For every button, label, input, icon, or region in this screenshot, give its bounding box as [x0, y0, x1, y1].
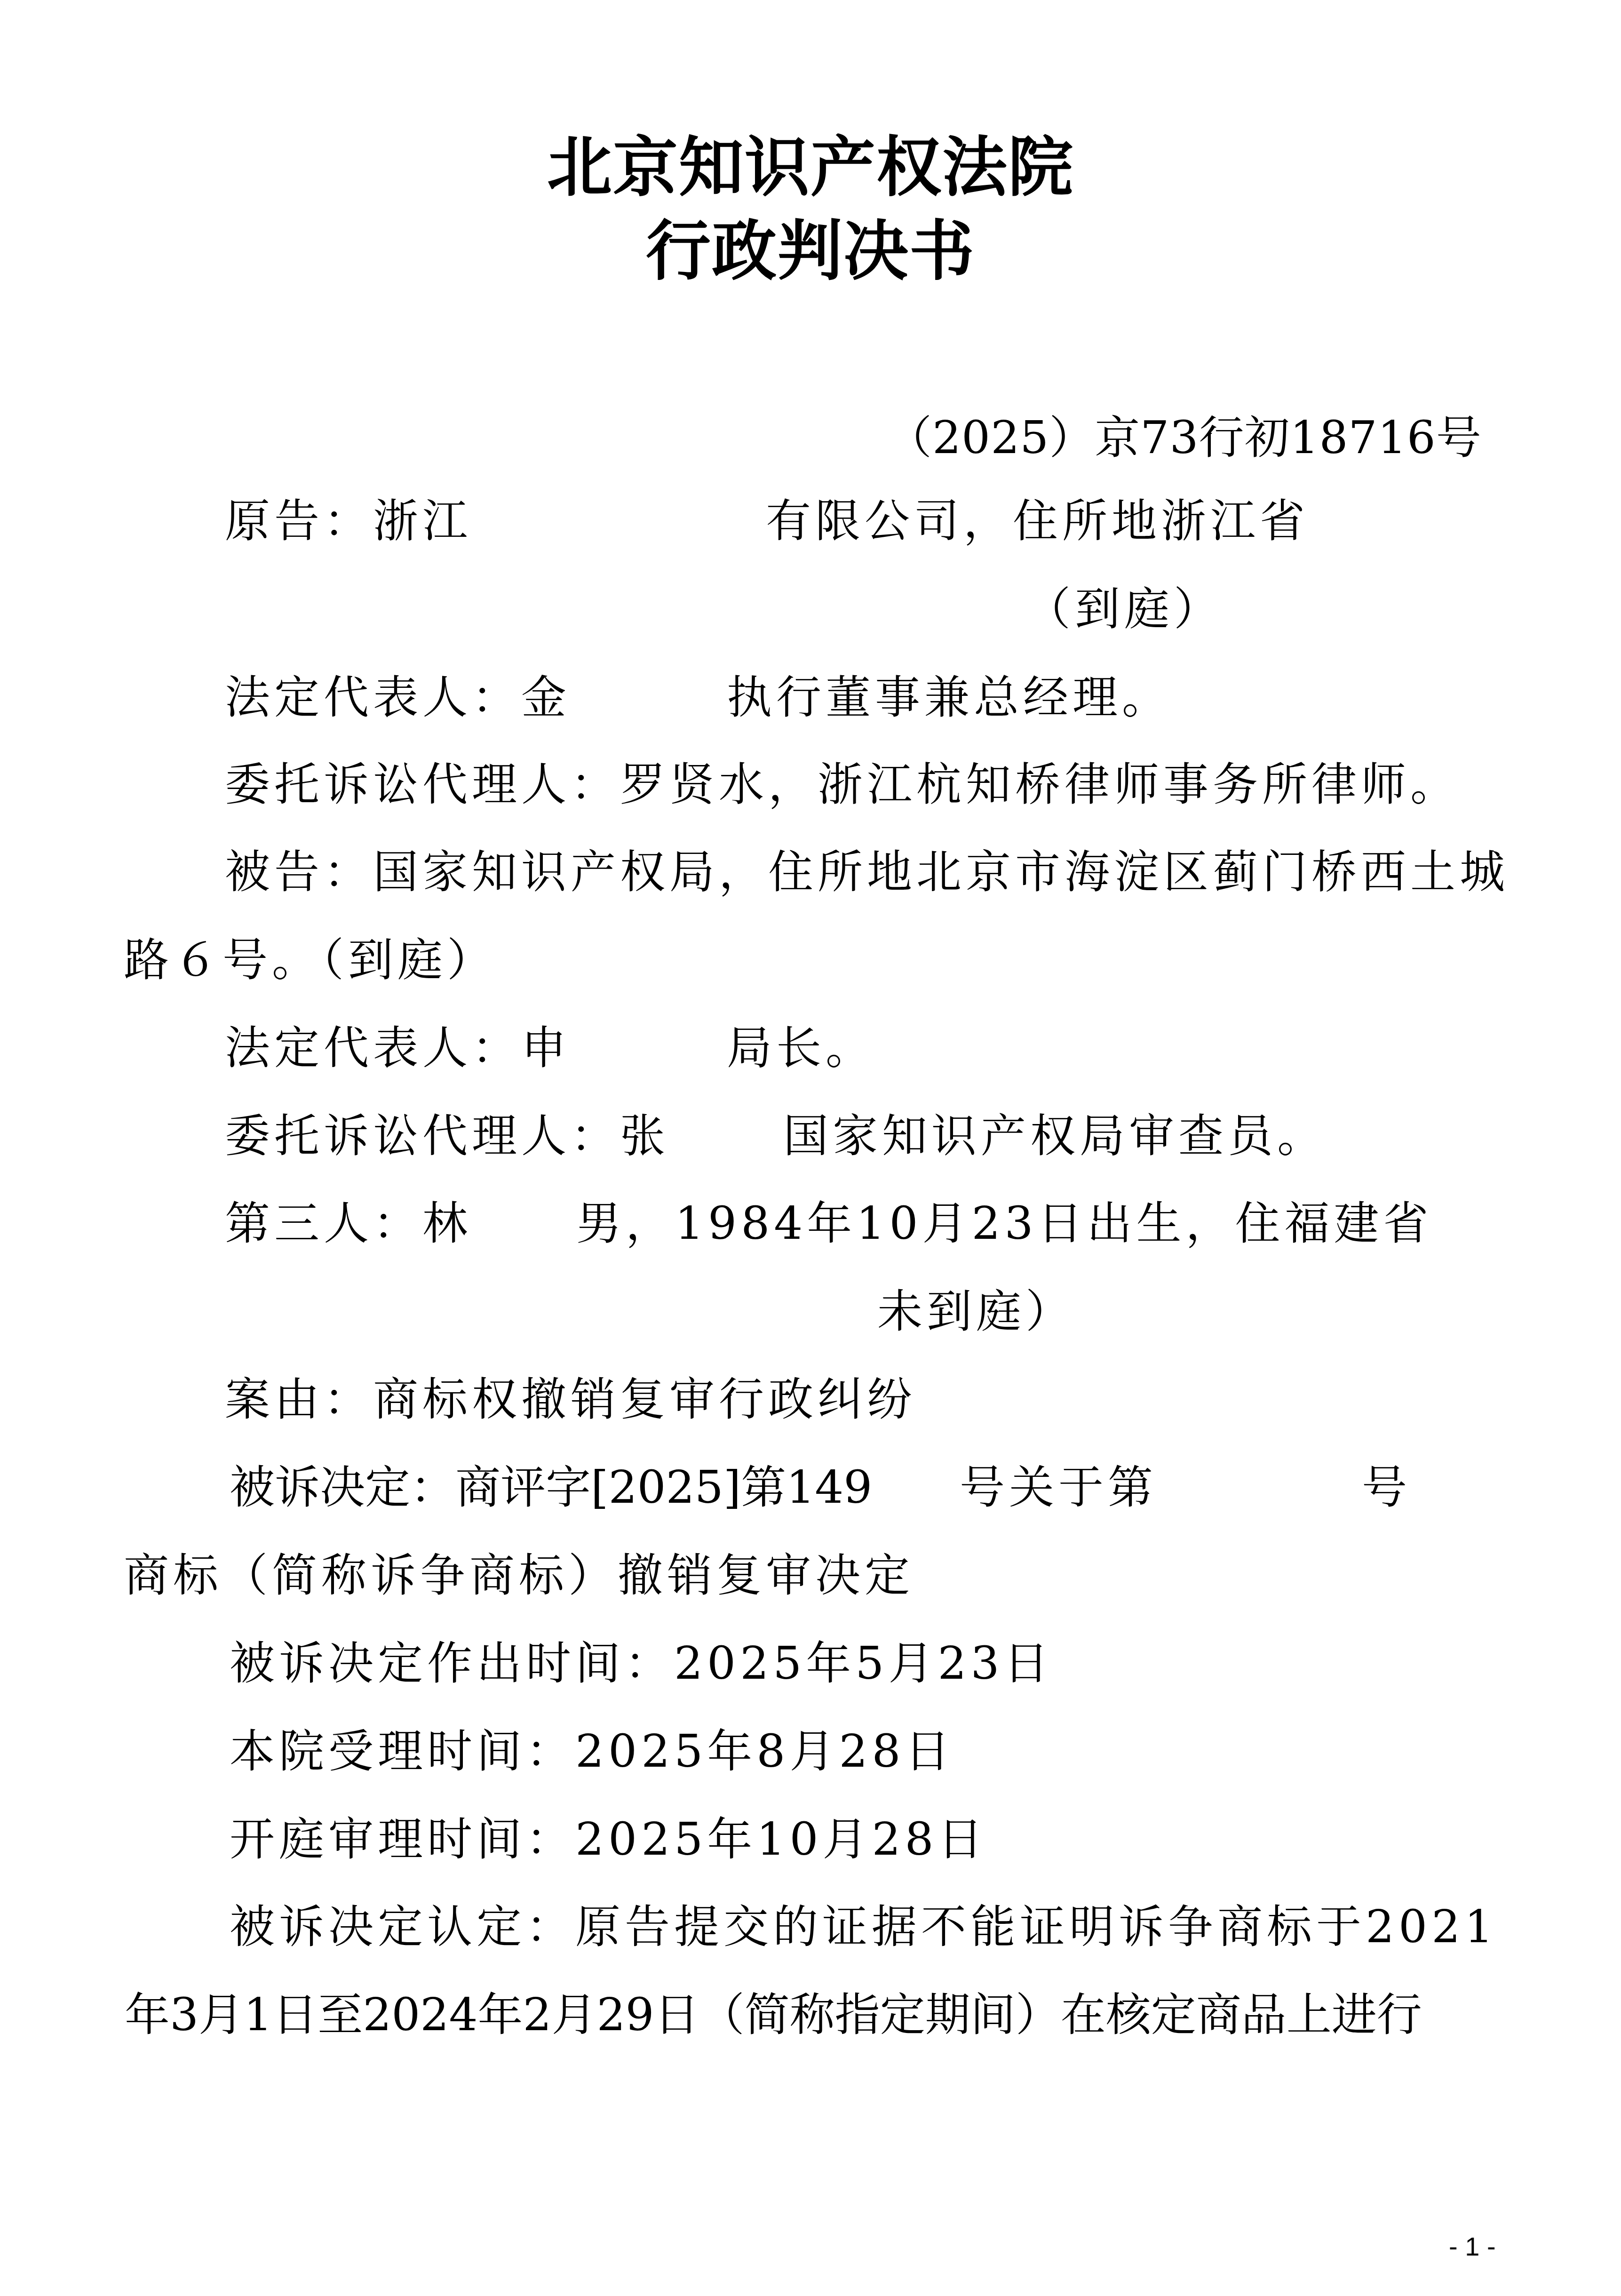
hearing-date: 开庭审理时间：2025年10月28日 — [230, 1813, 987, 1865]
redaction-block — [124, 588, 1017, 630]
decision-date-line: 被诉决定作出时间：2025年5月23日 — [0, 1637, 1621, 1689]
plaintiff-line: 原告：浙江 有限公司，住所地浙江省 — [0, 495, 1621, 547]
cause-of-action: 案由：商标权撤销复审行政纠纷 — [225, 1373, 916, 1425]
finding-text-2: 年3月1日至2024年2月29日（简称指定期间）在核定商品上进行 — [125, 1989, 1422, 2041]
page-number: - 1 - — [1449, 2230, 1496, 2263]
redaction-block — [1152, 1466, 1355, 1508]
court-name-title: 北京知识产权法院 — [0, 132, 1621, 202]
redaction-block — [677, 1115, 781, 1157]
third-party-attendance: 未到庭） — [877, 1285, 1075, 1337]
defendant-agent-label: 委托诉讼代理人：张 — [225, 1110, 669, 1162]
redaction-block — [124, 1290, 872, 1332]
judgment-page: 北京知识产权法院 行政判决书 （2025）京73行初18716号 原告：浙江 有… — [0, 0, 1621, 2296]
plaintiff-legal-rep-label: 法定代表人：金 — [225, 671, 571, 723]
plaintiff-attendance: （到庭） — [1025, 583, 1223, 635]
contested-decision-prefix: 被诉决定：商评字[2025]第149 — [230, 1461, 872, 1513]
contested-decision-line-2: 商标（简称诉争商标）撤销复审决定 — [0, 1549, 1621, 1601]
redaction-block — [1312, 500, 1501, 542]
redaction-block — [896, 1466, 957, 1508]
acceptance-date-line: 本院受理时间：2025年8月28日 — [0, 1725, 1621, 1777]
defendant-agent-title: 国家知识产权局审查员。 — [783, 1110, 1327, 1162]
decision-date: 被诉决定作出时间：2025年5月23日 — [230, 1637, 1053, 1689]
third-party-label: 第三人：林 — [225, 1197, 472, 1249]
document-type-title: 行政判决书 — [0, 215, 1621, 286]
redaction-block — [579, 676, 720, 718]
redaction-block — [579, 1027, 720, 1069]
plaintiff-legal-rep-title: 执行董事兼总经理。 — [727, 671, 1171, 723]
cause-of-action-line: 案由：商标权撤销复审行政纠纷 — [0, 1373, 1621, 1425]
plaintiff-attendance-line: （到庭） — [0, 583, 1621, 635]
finding-line-1: 被诉决定认定：原告提交的证据不能证明诉争商标于2021 — [0, 1901, 1621, 1953]
third-party-details: 男，1984年10月23日出生，住福建省 — [576, 1197, 1433, 1249]
defendant-legal-rep-line: 法定代表人：申 局长。 — [0, 1022, 1621, 1074]
plaintiff-legal-rep-line: 法定代表人：金 执行董事兼总经理。 — [0, 671, 1621, 723]
contested-decision-text-2: 商标（简称诉争商标）撤销复审决定 — [124, 1549, 914, 1601]
third-party-line: 第三人：林 男，1984年10月23日出生，住福建省 — [0, 1197, 1621, 1249]
finding-line-2: 年3月1日至2024年2月29日（简称指定期间）在核定商品上进行 — [0, 1989, 1621, 2041]
defendant-text-2: 路６号。（到庭） — [124, 934, 496, 986]
acceptance-date: 本院受理时间：2025年8月28日 — [230, 1725, 954, 1777]
defendant-agent-line: 委托诉讼代理人：张 国家知识产权局审查员。 — [0, 1110, 1621, 1162]
defendant-line-1: 被告：国家知识产权局，住所地北京市海淀区蓟门桥西土城 — [0, 846, 1621, 898]
third-party-attendance-line: 未到庭） — [0, 1285, 1621, 1337]
plaintiff-label: 原告：浙江 — [225, 495, 472, 547]
finding-text-1: 被诉决定认定：原告提交的证据不能证明诉争商标于2021 — [230, 1901, 1497, 1953]
case-number: （2025）京73行初18716号 — [887, 412, 1482, 463]
plaintiff-company-address: 有限公司，住所地浙江省 — [766, 495, 1309, 547]
contested-decision-middle: 号关于第 — [960, 1461, 1157, 1513]
plaintiff-agent-line: 委托诉讼代理人：罗贤水，浙江杭知桥律师事务所律师。 — [0, 758, 1621, 810]
redaction-block — [452, 500, 757, 542]
plaintiff-agent: 委托诉讼代理人：罗贤水，浙江杭知桥律师事务所律师。 — [225, 758, 1460, 810]
contested-decision-suffix: 号 — [1362, 1461, 1411, 1513]
contested-decision-line-1: 被诉决定：商评字[2025]第149 号关于第 号 — [0, 1461, 1621, 1513]
defendant-legal-rep-title: 局长。 — [727, 1022, 875, 1074]
defendant-line-2: 路６号。（到庭） — [0, 934, 1621, 986]
hearing-date-line: 开庭审理时间：2025年10月28日 — [0, 1813, 1621, 1865]
redaction-block — [470, 1202, 569, 1244]
defendant-text-1: 被告：国家知识产权局，住所地北京市海淀区蓟门桥西土城 — [225, 846, 1509, 898]
defendant-legal-rep-label: 法定代表人：申 — [225, 1022, 571, 1074]
